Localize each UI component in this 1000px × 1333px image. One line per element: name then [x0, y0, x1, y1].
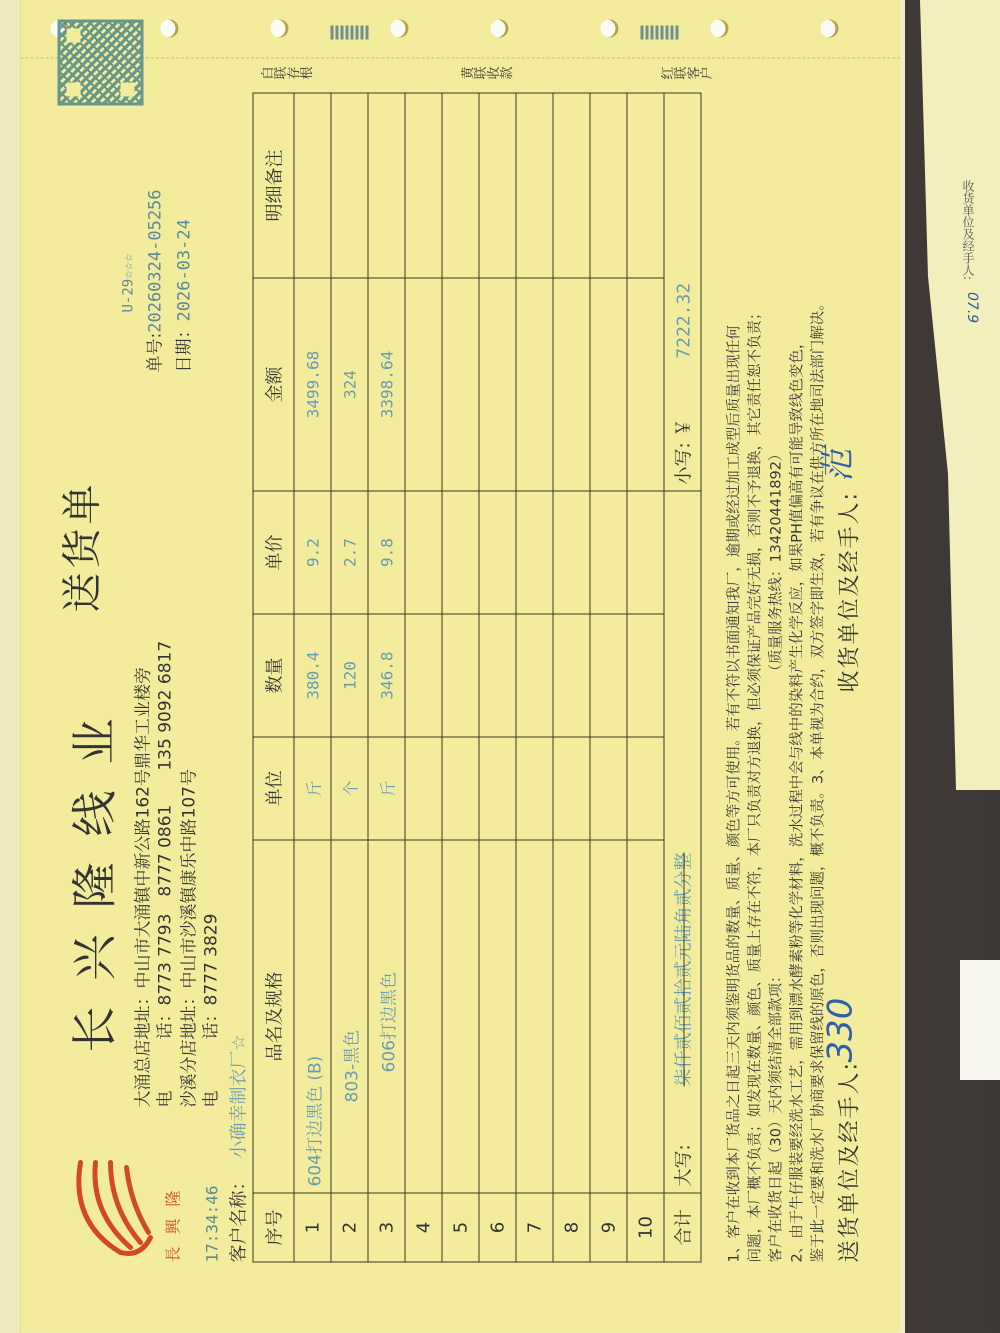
- total-label: 合计: [664, 1193, 701, 1262]
- sheet-stamp: [641, 26, 681, 40]
- table-row: 1 604打边黑色 (B) 斤 380.4 9.2 3499.68: [294, 93, 331, 1262]
- header-qty: 数量: [253, 614, 294, 737]
- feed-hole: [161, 20, 179, 38]
- customer-name: 客户名称：小确幸制衣厂☆: [225, 1034, 251, 1262]
- header-unit: 单位: [253, 737, 294, 840]
- table-row: 9: [590, 93, 627, 1262]
- table-row: 7: [516, 93, 553, 1262]
- feed-hole: [391, 20, 409, 38]
- paper-stack-edge: [0, 0, 21, 1333]
- delivery-note-photo: 長興隆 长兴隆线业 送货单 大涌总店地址：中山市大涌镇中新公路162号鼎华工业楼…: [20, 0, 900, 1333]
- terms-and-conditions: 1、客户在收到本厂货品之日起三天内须鉴明货品的数量、质量、颜色等方可使用。若有不…: [725, 83, 830, 1263]
- header-name: 品名及规格: [253, 840, 294, 1193]
- table-header: 序号 品名及规格 单位 数量 单价 金额 明细备注: [253, 93, 294, 1262]
- header-no: 序号: [253, 1193, 294, 1262]
- receiver-signature: 范: [811, 449, 860, 483]
- items-table: 序号 品名及规格 单位 数量 单价 金额 明细备注 1 604打边黑色 (B) …: [253, 93, 702, 1263]
- logo-text: 長興隆: [161, 1178, 184, 1262]
- feed-hole: [821, 20, 839, 38]
- table-row: 6: [479, 93, 516, 1262]
- table-row: 4: [405, 93, 442, 1262]
- background-delivery-note: 收货单位及经手人: 07.9: [920, 0, 1000, 790]
- background-receiver-label: 收货单位及经手人:: [960, 180, 977, 280]
- qr-code-icon: [61, 23, 141, 103]
- copy-red: 红联客户: [661, 68, 713, 83]
- stamp-code: U-29☆☆☆: [121, 189, 137, 312]
- sheet-stamp: [331, 26, 371, 40]
- phone-line-1: 电 话：8773 7793 8777 0861 135 9092 6817: [151, 641, 176, 1108]
- sender-signature-label: 送货单位及经手人:: [833, 1061, 864, 1262]
- date: 日期：2026-03-24: [170, 189, 195, 372]
- table-row: 8: [553, 93, 590, 1262]
- copy-yellow: 黄联收款: [461, 68, 513, 83]
- feed-hole: [711, 20, 729, 38]
- feed-hole: [601, 20, 619, 38]
- phone-line-2: 电 话：8777 3829: [197, 914, 222, 1108]
- company-name: 长兴隆线业: [59, 693, 125, 1053]
- copy-white: 白联存根: [261, 68, 313, 83]
- print-time: 17:34:46: [203, 1185, 222, 1262]
- serial-date-block: U-29☆☆☆ 单号:20260324-05256 日期：2026-03-24: [121, 189, 199, 372]
- header-note: 明细备注: [253, 93, 294, 278]
- document-title: 送货单: [51, 481, 108, 613]
- header-price: 单价: [253, 491, 294, 614]
- feed-hole: [271, 20, 289, 38]
- swallow-logo-icon: [61, 1153, 161, 1263]
- delivery-note: 長興隆 长兴隆线业 送货单 大涌总店地址：中山市大涌镇中新公路162号鼎华工业楼…: [21, 0, 901, 1333]
- total-in-words: 大写:柒仟贰佰贰拾贰元陆角贰分整: [664, 491, 701, 1193]
- serial-number: 单号:20260324-05256: [141, 189, 166, 372]
- table-row: 3 606打边黑色 斤 346.8 9.8 3398.64: [368, 93, 405, 1262]
- receiver-signature-label: 收货单位及经手人:: [833, 491, 864, 692]
- feed-hole: [491, 20, 509, 38]
- header-amount: 金额: [253, 278, 294, 491]
- table-row: 5: [442, 93, 479, 1262]
- total-in-figures: 小写: ￥7222.32: [664, 93, 701, 491]
- background-signature: 07.9: [964, 292, 980, 323]
- tractor-feed-strip: [21, 0, 901, 60]
- sender-signature: 330: [821, 998, 861, 1063]
- table-row: 2 803-黑色 个 120 2.7 324: [331, 93, 368, 1262]
- total-row: 合计 大写:柒仟贰佰贰拾贰元陆角贰分整 小写: ￥7222.32: [664, 93, 701, 1262]
- white-paper-strip: [960, 960, 1000, 1080]
- table-row: 10: [627, 93, 664, 1262]
